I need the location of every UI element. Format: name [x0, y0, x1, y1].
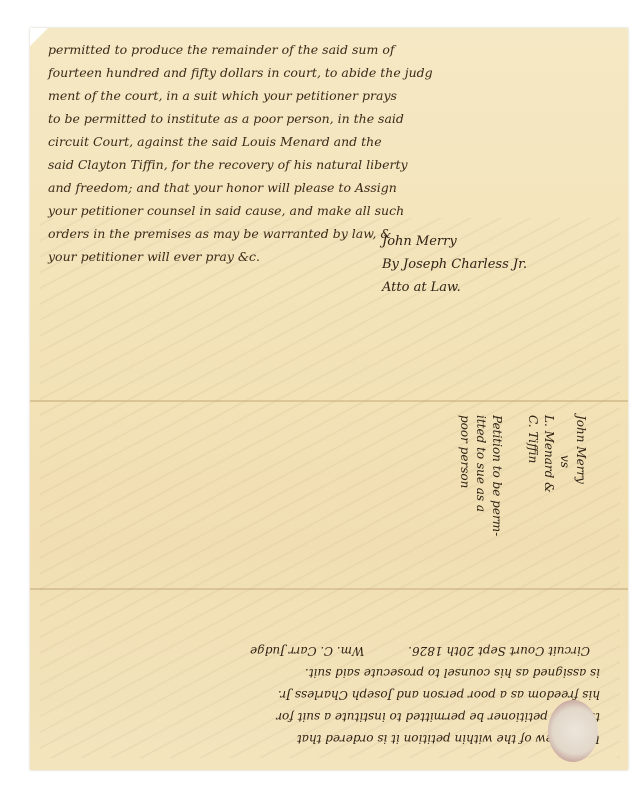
body-line: to be permitted to institute as a poor p…: [48, 107, 618, 130]
court-order-inverted: Upon view of the within petition it is o…: [70, 620, 600, 750]
body-line: and freedom; and that your honor will pl…: [48, 176, 618, 199]
signature-title: Atto at Law.: [382, 276, 527, 299]
signature-name: John Merry: [382, 230, 527, 253]
order-line: the said petitioner be permitted to inst…: [70, 706, 600, 728]
docket-line: L. Menard &: [542, 415, 556, 493]
body-line: orders in the premises as may be warrant…: [48, 222, 618, 245]
order-date-text: Circuit Court Sept 20th 1826.: [408, 644, 590, 658]
docket-line: Petition to be perm-: [490, 415, 504, 536]
body-line: said Clayton Tiffin, for the recovery of…: [48, 153, 618, 176]
body-line: permitted to produce the remainder of th…: [48, 38, 618, 61]
docket-endorsement: John Merry vs L. Menard & C. Tiffin Peti…: [430, 415, 600, 605]
fold-line: [30, 400, 628, 402]
docket-line: John Merry: [574, 415, 588, 484]
body-line: ment of the court, in a suit which your …: [48, 84, 618, 107]
order-date: Circuit Court Sept 20th 1826. Wm. C. Car…: [70, 640, 600, 662]
docket-line: poor person: [458, 415, 472, 488]
judge-signature: Wm. C. Carr Judge: [250, 644, 364, 658]
order-line: Upon view of the within petition it is o…: [70, 728, 600, 750]
wax-seal-remnant: [548, 700, 598, 762]
signature-attorney: By Joseph Charless Jr.: [382, 253, 527, 276]
body-line: circuit Court, against the said Louis Me…: [48, 130, 618, 153]
docket-line: vs: [558, 455, 572, 468]
docket-line: C. Tiffin: [526, 415, 540, 463]
petition-body: permitted to produce the remainder of th…: [48, 38, 618, 268]
order-line: is assigned as his counsel to prosecute …: [70, 662, 600, 684]
body-line: your petitioner will ever pray &c.: [48, 245, 618, 268]
body-line: your petitioner counsel in said cause, a…: [48, 199, 618, 222]
body-line: fourteen hundred and fifty dollars in co…: [48, 61, 618, 84]
order-line: his freedom as a poor person and Joseph …: [70, 684, 600, 706]
signature-block: John Merry By Joseph Charless Jr. Atto a…: [382, 230, 527, 299]
docket-line: itted to sue as a: [474, 415, 488, 512]
